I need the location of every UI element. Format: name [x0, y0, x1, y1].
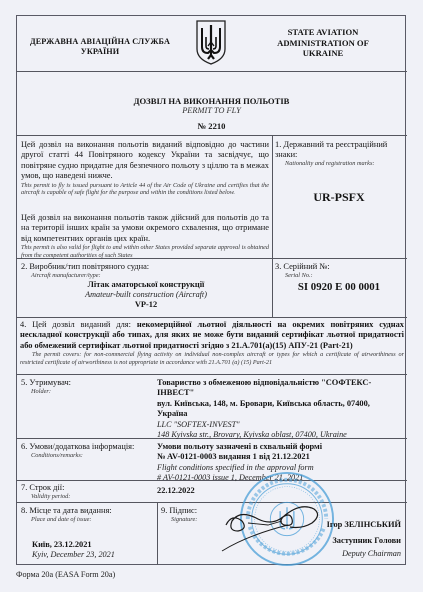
authority-name-ua: ДЕРЖАВНА АВІАЦІЙНА СЛУЖБА УКРАЇНИ — [20, 37, 180, 57]
field7-label: 7. Строк дії: Validity period: — [21, 483, 151, 500]
divider — [16, 135, 407, 136]
field7-label-en: Validity period: — [21, 493, 151, 500]
divider — [272, 135, 273, 317]
field3-label-en: Serial No.: — [275, 272, 403, 280]
divider — [16, 71, 407, 72]
field-serial-number: 3. Серійний №: Serial No.: SI 0920 E 00 … — [275, 262, 403, 294]
aircraft-model: VP-12 — [21, 300, 271, 310]
intro-paragraph-2: Цей дозвіл на виконання польотів також д… — [21, 213, 269, 259]
issue-place-date-ua: Київ, 23.12.2021 — [32, 540, 152, 550]
serial-number: SI 0920 E 00 0001 — [275, 281, 403, 294]
divider — [157, 502, 158, 565]
field8-label: 8. Місце та дата видання: Place and date… — [21, 506, 151, 524]
divider — [16, 374, 407, 375]
field7-label-ua: 7. Строк дії: — [21, 483, 151, 493]
divider — [16, 502, 407, 503]
authority-ua-line2: УКРАЇНИ — [20, 47, 180, 57]
intro-para1-en: This permit to fly is issued pursuant to… — [21, 182, 269, 197]
field-registration-marks: 1. Державний та реєстраційний знаки: Nat… — [275, 140, 403, 168]
title-ua: ДОЗВІЛ НА ВИКОНАННЯ ПОЛЬОТІВ — [16, 96, 407, 106]
conditions-ua-line1: Умови польоту зазначені в схвальній форм… — [157, 442, 402, 452]
field6-label-en: Conditions/remarks: — [21, 452, 151, 460]
intro-para2-ua: Цей дозвіл на виконання польотів також д… — [21, 213, 269, 244]
field-permit-purpose: 4. Цей дозвіл виданий для: некомерційної… — [20, 320, 404, 366]
aircraft-type-en: Amateur-built construction (Aircraft) — [21, 290, 271, 300]
field5-label-en: Holder: — [21, 388, 151, 396]
authority-ua-line1: ДЕРЖАВНА АВІАЦІЙНА СЛУЖБА — [20, 37, 180, 47]
authority-name-en: STATE AVIATION ADMINISTRATION OF UKRAINE — [268, 27, 378, 59]
field8-label-ua: 8. Місце та дата видання: — [21, 506, 151, 516]
field6-label: 6. Умови/додаткова інформація: Condition… — [21, 442, 151, 460]
authority-en-line3: UKRAINE — [268, 48, 378, 59]
intro-para1-ua: Цей дозвіл на виконання польотів виданий… — [21, 140, 269, 182]
field3-label-ua: 3. Серійний №: — [275, 262, 403, 272]
registration-mark: UR-PSFX — [275, 190, 403, 205]
title-en: PERMIT TO FLY — [16, 106, 407, 116]
holder-address-ua: вул. Київська, 148, м. Бровари, Київська… — [157, 399, 402, 420]
signer-role-ua: Заступник Голови — [332, 536, 401, 545]
intro-para2-en: This permit is also valid for flight to … — [21, 244, 269, 259]
field4-label-ua: 4. Цей дозвіл виданий для: — [20, 320, 137, 329]
holder-value: Товариство з обмеженою відповідальністю … — [157, 378, 402, 440]
field-aircraft-type: 2. Виробник/тип повітряного судна: Aircr… — [21, 262, 271, 311]
holder-name-en: LLC "SOFTEX-INVEST" — [157, 420, 402, 430]
permit-purpose-en: The permit covers: for non-commercial fl… — [20, 351, 404, 366]
divider — [16, 317, 407, 318]
permit-number: № 2210 — [16, 121, 407, 131]
authority-en-line1: STATE AVIATION — [268, 27, 378, 38]
issue-place-date: Київ, 23.12.2021 Kyiv, December 23, 2021 — [32, 540, 152, 560]
authority-en-line2: ADMINISTRATION OF — [268, 38, 378, 49]
signer-name: Ігор ЗЕЛІНСЬКИЙ — [327, 520, 401, 529]
permit-document: ДЕРЖАВНА АВІАЦІЙНА СЛУЖБА УКРАЇНИ STATE … — [0, 0, 423, 592]
field5-label-ua: 5. Утримувач: — [21, 378, 151, 388]
divider — [272, 258, 407, 259]
field1-label-ua: 1. Державний та реєстраційний знаки: — [275, 140, 403, 160]
aircraft-type-ua: Літак аматорської конструкції — [21, 280, 271, 290]
field5-label: 5. Утримувач: Holder: — [21, 378, 151, 396]
permit-title: ДОЗВІЛ НА ВИКОНАННЯ ПОЛЬОТІВ PERMIT TO F… — [16, 96, 407, 131]
field2-label-ua: 2. Виробник/тип повітряного судна: — [21, 262, 271, 272]
holder-address-en: 148 Kyivska str., Brovary, Kyivska oblas… — [157, 430, 402, 440]
field2-label-en: Aircraft manufacturer/type: — [21, 272, 271, 280]
issue-place-date-en: Kyiv, December 23, 2021 — [32, 550, 152, 560]
trident-coat-of-arms-icon — [195, 19, 227, 65]
holder-name-ua: Товариство з обмеженою відповідальністю … — [157, 378, 402, 399]
form-label: Форма 20a (EASA Form 20a) — [16, 570, 115, 579]
signature-scribble — [218, 495, 328, 555]
field6-label-ua: 6. Умови/додаткова інформація: — [21, 442, 151, 452]
signer-role-en: Deputy Chairman — [342, 549, 401, 558]
field1-label-en: Nationality and registration marks: — [275, 160, 403, 168]
conditions-ua-line2: № AV-0121-0003 видання 1 від 21.12.2021 — [157, 452, 402, 462]
intro-paragraph-1: Цей дозвіл на виконання польотів виданий… — [21, 140, 269, 197]
field8-label-en: Place and date of issue: — [21, 516, 151, 524]
